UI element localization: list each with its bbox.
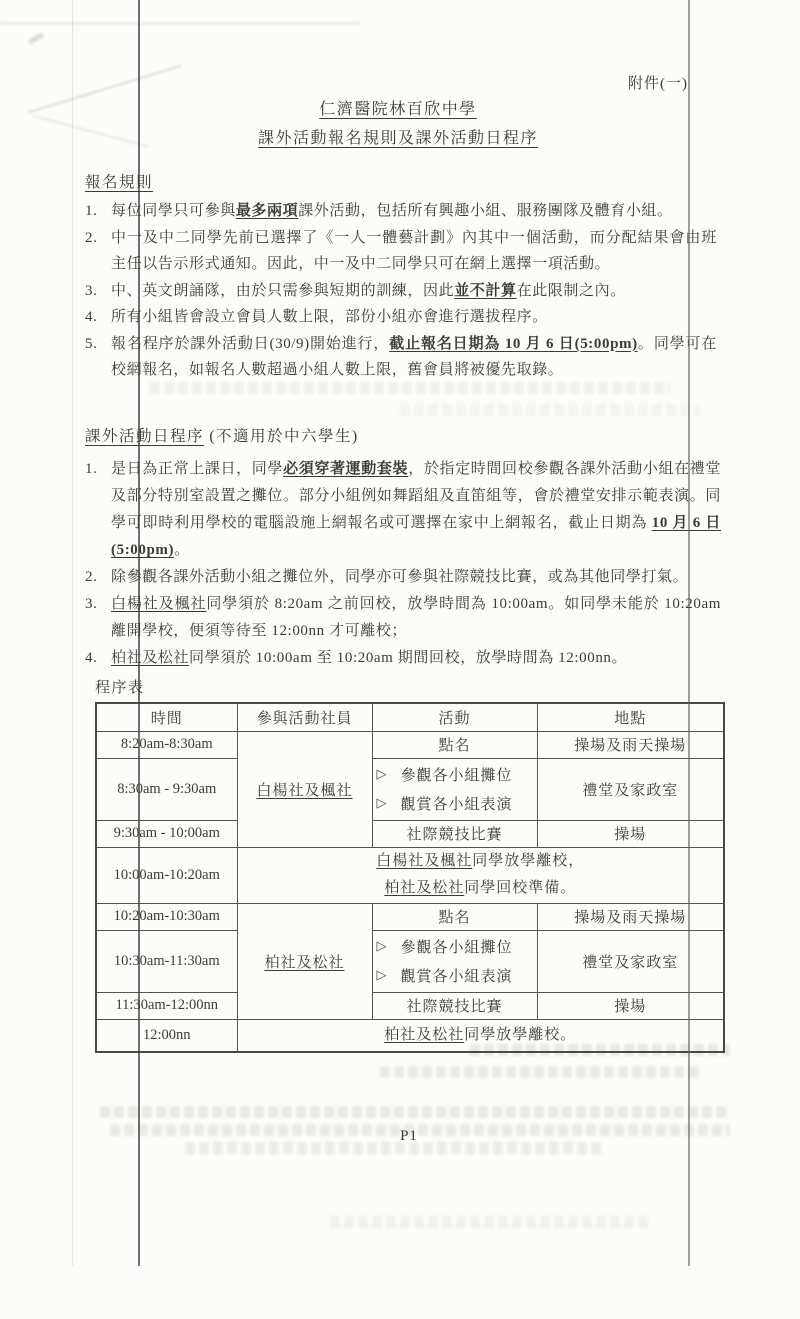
schedule-column-header: 時間 [96, 703, 237, 731]
pencil-mark [28, 32, 44, 44]
emphasized-text: 白楊社及楓社 [376, 853, 472, 869]
list-item-number: 3. [85, 591, 111, 645]
list-item-number: 2. [85, 564, 111, 591]
bullet-text: 觀賞各小組表演 [401, 793, 513, 814]
merged-note-line: 柏社及松社同學回校準備。 [242, 875, 720, 902]
house-name: 白楊社及楓社 [256, 783, 352, 799]
schedule-table-container: 時間參與活動社員活動地點8:20am-8:30am白楊社及楓社點名操場及雨天操場… [95, 702, 725, 1053]
schedule-row: 10:00am-10:20am白楊社及楓社同學放學離校，柏社及松社同學回校準備。 [96, 847, 724, 903]
emphasized-text: 截止報名日期為 10 月 6 日(5:00pm) [389, 336, 637, 352]
schedule-cell-activity-bullets: ▷參觀各小組攤位▷觀賞各小組表演 [372, 930, 537, 992]
list-item: 3.白楊社及楓社同學須於 8:20am 之前回校，放學時間為 10:00am。如… [85, 591, 721, 645]
text-segment: 同學放學離校。 [464, 1027, 576, 1043]
bullet-line: ▷參觀各小組攤位 [377, 932, 533, 961]
bullet-line: ▷參觀各小組攤位 [377, 760, 533, 789]
schedule-cell-time: 8:30am - 9:30am [96, 758, 237, 820]
rules-list: 1.每位同學只可參與最多兩項課外活動，包括所有興趣小組、服務團隊及體育小組。2.… [85, 198, 717, 384]
schedule-cell-location: 操場 [537, 992, 724, 1019]
emphasized-text: 必須穿著運動套裝 [283, 461, 408, 477]
list-item: 4.柏社及松社同學須於 10:00am 至 10:20am 期間回校，放學時間為… [85, 645, 721, 672]
schedule-cell-activity: 點名 [372, 731, 537, 758]
text-segment: 。 [174, 542, 190, 558]
list-item: 2.中一及中二同學先前已選擇了《一人一體藝計劃》內其中一個活動，而分配結果會由班… [85, 225, 717, 278]
schedule-cell-time: 9:30am - 10:00am [96, 820, 237, 847]
bullet-text: 參觀各小組攤位 [401, 936, 513, 957]
text-segment: 課外活動，包括所有興趣小組、服務團隊及體育小組。 [298, 203, 672, 219]
text-segment: 每位同學只可參與 [111, 203, 236, 219]
text-segment: 是日為正常上課日，同學 [111, 461, 283, 477]
schedule-cell-activity: 社際競技比賽 [372, 820, 537, 847]
list-item-text: 每位同學只可參與最多兩項課外活動，包括所有興趣小組、服務團隊及體育小組。 [111, 198, 717, 225]
merged-note-line: 柏社及松社同學放學離校。 [242, 1022, 720, 1049]
bullet-text: 觀賞各小組表演 [401, 965, 513, 986]
bleed-through-row [380, 1066, 700, 1078]
house-name: 柏社及松社 [264, 955, 344, 971]
emphasized-text: 柏社及松社 [384, 880, 464, 896]
emphasized-text: 白楊社及楓社 [111, 596, 206, 612]
list-item-number: 4. [85, 304, 111, 331]
list-item-number: 1. [85, 456, 111, 564]
schedule-cell-activity: 點名 [372, 903, 537, 930]
list-item-text: 是日為正常上課日，同學必須穿著運動套裝，於指定時間回校參觀各課外活動小組在禮堂及… [111, 456, 721, 564]
schedule-column-header: 參與活動社員 [237, 703, 372, 731]
text-segment: 在此限制之內。 [517, 283, 626, 299]
arrowhead-right-icon: ▷ [377, 797, 388, 810]
attachment-label: 附件(一) [628, 72, 688, 93]
schedule-cell-member: 柏社及松社 [237, 903, 372, 1019]
schedule-cell-time: 10:00am-10:20am [96, 847, 237, 903]
list-item-text: 柏社及松社同學須於 10:00am 至 10:20am 期間回校，放學時間為 1… [111, 645, 721, 672]
text-segment: 除參觀各課外活動小組之攤位外，同學亦可參與社際競技比賽，或為其他同學打氣。 [111, 569, 688, 585]
arrowhead-right-icon: ▷ [377, 768, 388, 781]
schedule-row: 10:20am-10:30am柏社及松社點名操場及雨天操場 [96, 903, 724, 930]
bleed-through-row [400, 404, 700, 416]
text-segment: 報名程序於課外活動日(30/9)開始進行， [111, 336, 389, 352]
right-scanline [688, 0, 690, 1266]
scanned-document-page: 附件(一) 仁濟醫院林百欣中學 課外活動報名規則及課外活動日程序 報名規則 1.… [0, 0, 800, 1319]
schedule-cell-merged-note: 白楊社及楓社同學放學離校，柏社及松社同學回校準備。 [237, 847, 724, 903]
list-item-number: 3. [85, 278, 111, 305]
text-segment: 同學須於 10:00am 至 10:20am 期間回校，放學時間為 12:00n… [189, 650, 627, 666]
list-item: 5.報名程序於課外活動日(30/9)開始進行，截止報名日期為 10 月 6 日(… [85, 331, 717, 384]
list-item: 1.是日為正常上課日，同學必須穿著運動套裝，於指定時間回校參觀各課外活動小組在禮… [85, 456, 721, 564]
bleed-through-row [150, 382, 670, 394]
bleed-through-row [100, 1106, 730, 1118]
emphasized-text: 柏社及松社 [384, 1027, 464, 1043]
paper-edge-line [72, 0, 73, 1266]
schedule-cell-time: 10:20am-10:30am [96, 903, 237, 930]
list-item-text: 中一及中二同學先前已選擇了《一人一體藝計劃》內其中一個活動，而分配結果會由班主任… [111, 225, 717, 278]
schedule-header-row: 時間參與活動社員活動地點 [96, 703, 724, 731]
schedule-cell-location: 操場 [537, 820, 724, 847]
left-scanline [138, 0, 140, 1266]
schedule-cell-time: 10:30am-11:30am [96, 930, 237, 992]
activity-day-heading-text: 課外活動日程序 [85, 428, 204, 445]
bleed-through-row [330, 1216, 650, 1228]
arrowhead-right-icon: ▷ [377, 940, 388, 953]
list-item-number: 4. [85, 645, 111, 672]
text-segment: 中、英文朗誦隊，由於只需參與短期的訓練，因此 [111, 283, 454, 299]
schedule-row: 9:30am - 10:00am社際競技比賽操場 [96, 820, 724, 847]
schedule-cell-merged-note: 柏社及松社同學放學離校。 [237, 1019, 724, 1052]
schedule-cell-location: 禮堂及家政室 [537, 930, 724, 992]
list-item-text: 白楊社及楓社同學須於 8:20am 之前回校，放學時間為 10:00am。如同學… [111, 591, 721, 645]
schedule-cell-activity-bullets: ▷參觀各小組攤位▷觀賞各小組表演 [372, 758, 537, 820]
text-segment: 中一及中二同學先前已選擇了《一人一體藝計劃》內其中一個活動，而分配結果會由班主任… [111, 230, 717, 273]
bullet-text: 參觀各小組攤位 [401, 764, 513, 785]
arrowhead-right-icon: ▷ [377, 969, 388, 982]
rules-heading-text: 報名規則 [85, 174, 153, 191]
bullet-line: ▷觀賞各小組表演 [377, 961, 533, 990]
schedule-cell-activity: 社際競技比賽 [372, 992, 537, 1019]
text-segment: 同學放學離校， [472, 853, 584, 869]
rules-section-heading: 報名規則 [85, 170, 153, 192]
title-block: 仁濟醫院林百欣中學 課外活動報名規則及課外活動日程序 [0, 95, 796, 153]
list-item-text: 中、英文朗誦隊，由於只需參與短期的訓練，因此並不計算在此限制之內。 [111, 278, 717, 305]
activity-day-list: 1.是日為正常上課日，同學必須穿著運動套裝，於指定時間回校參觀各課外活動小組在禮… [85, 456, 721, 672]
text-segment: 同學回校準備。 [464, 880, 576, 896]
schedule-table: 時間參與活動社員活動地點8:20am-8:30am白楊社及楓社點名操場及雨天操場… [95, 702, 725, 1053]
schedule-row: 11:30am-12:00nn社際競技比賽操場 [96, 992, 724, 1019]
schedule-row: 12:00nn柏社及松社同學放學離校。 [96, 1019, 724, 1052]
list-item-text: 所有小組皆會設立會員人數上限，部份小組亦會進行選拔程序。 [111, 304, 717, 331]
schedule-cell-time: 8:20am-8:30am [96, 731, 237, 758]
schedule-row: 8:20am-8:30am白楊社及楓社點名操場及雨天操場 [96, 731, 724, 758]
list-item-number: 2. [85, 225, 111, 278]
schedule-column-header: 地點 [537, 703, 724, 731]
schedule-cell-location: 禮堂及家政室 [537, 758, 724, 820]
activity-day-section-heading: 課外活動日程序 (不適用於中六學生) [85, 424, 359, 446]
list-item: 2.除參觀各課外活動小組之攤位外，同學亦可參與社際競技比賽，或為其他同學打氣。 [85, 564, 721, 591]
list-item-text: 報名程序於課外活動日(30/9)開始進行，截止報名日期為 10 月 6 日(5:… [111, 331, 717, 384]
schedule-row: 8:30am - 9:30am▷參觀各小組攤位▷觀賞各小組表演禮堂及家政室 [96, 758, 724, 820]
activity-day-heading-note-text: (不適用於中六學生) [209, 428, 358, 445]
scan-smudge [0, 22, 360, 25]
schedule-cell-time: 12:00nn [96, 1019, 237, 1052]
list-item-number: 5. [85, 331, 111, 384]
list-item: 4.所有小組皆會設立會員人數上限，部份小組亦會進行選拔程序。 [85, 304, 717, 331]
schedule-column-header: 活動 [372, 703, 537, 731]
schedule-cell-location: 操場及雨天操場 [537, 903, 724, 930]
list-item: 1.每位同學只可參與最多兩項課外活動，包括所有興趣小組、服務團隊及體育小組。 [85, 198, 717, 225]
schedule-cell-member: 白楊社及楓社 [237, 731, 372, 847]
emphasized-text: 柏社及松社 [111, 650, 189, 666]
schedule-row: 10:30am-11:30am▷參觀各小組攤位▷觀賞各小組表演禮堂及家政室 [96, 930, 724, 992]
page-number: P1 [95, 1128, 723, 1145]
text-segment: 所有小組皆會設立會員人數上限，部份小組亦會進行選拔程序。 [111, 309, 548, 325]
list-item-text: 除參觀各課外活動小組之攤位外，同學亦可參與社際競技比賽，或為其他同學打氣。 [111, 564, 721, 591]
schedule-cell-location: 操場及雨天操場 [537, 731, 724, 758]
bullet-line: ▷觀賞各小組表演 [377, 789, 533, 818]
schedule-cell-time: 11:30am-12:00nn [96, 992, 237, 1019]
list-item: 3.中、英文朗誦隊，由於只需參與短期的訓練，因此並不計算在此限制之內。 [85, 278, 717, 305]
merged-note-line: 白楊社及楓社同學放學離校， [242, 848, 720, 875]
emphasized-text: 最多兩項 [236, 203, 298, 219]
doc-title: 課外活動報名規則及課外活動日程序 [258, 130, 538, 147]
school-name-title: 仁濟醫院林百欣中學 [319, 101, 477, 118]
list-item-number: 1. [85, 198, 111, 225]
emphasized-text: 並不計算 [454, 283, 516, 299]
